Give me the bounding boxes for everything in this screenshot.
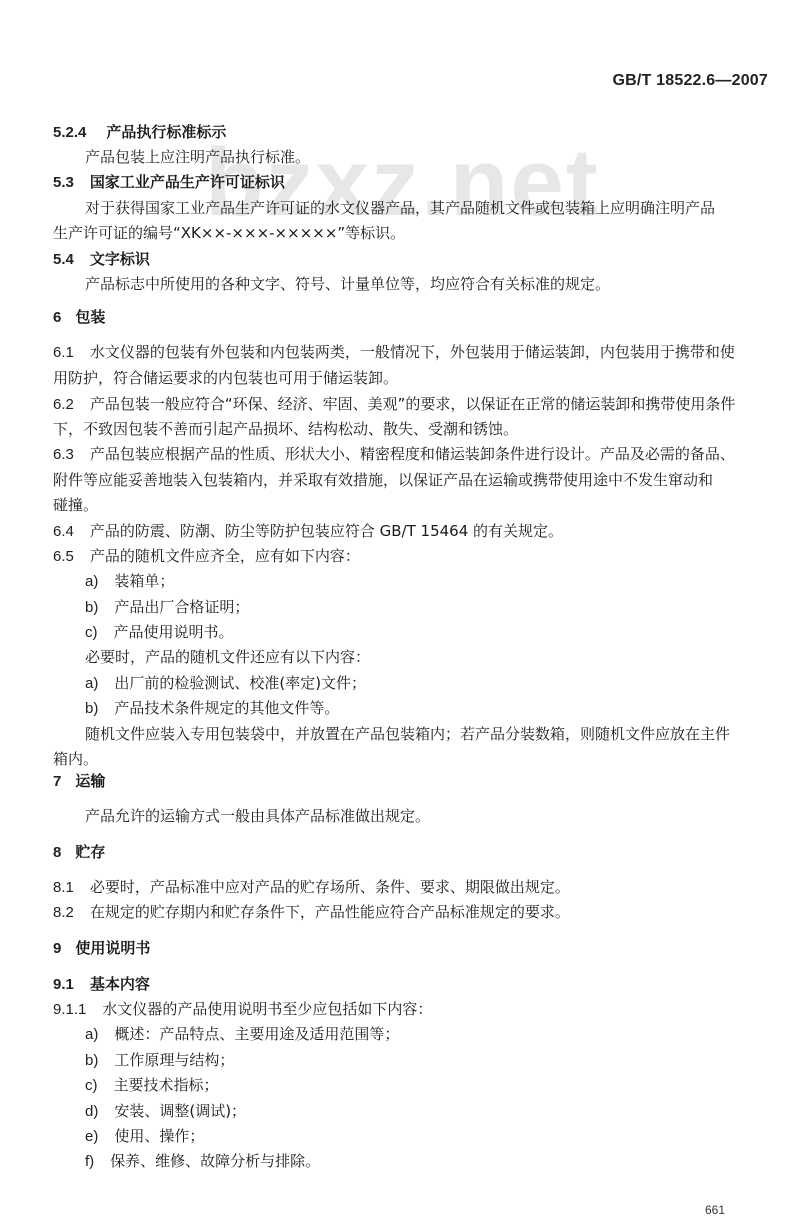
- clause-number: 9: [53, 939, 61, 959]
- paragraph-line: b)产品技术条件规定的其他文件等。: [85, 698, 339, 719]
- clause-number: 7: [53, 772, 61, 792]
- paragraph-line: 8.1必要时，产品标准中应对产品的贮存场所、条件、要求、期限做出规定。: [53, 877, 570, 898]
- clause-text: 装箱单；: [114, 572, 174, 590]
- clause-text: 运输: [75, 772, 105, 790]
- clause-text: 基本内容: [90, 975, 150, 993]
- clause-text: 在规定的贮存期内和贮存条件下，产品性能应符合产品标准规定的要求。: [90, 903, 570, 921]
- section-heading: 6包装: [53, 307, 105, 328]
- section-heading: 5.3国家工业产品生产许可证标识: [53, 172, 285, 193]
- paragraph-line: e)使用、操作；: [85, 1126, 204, 1147]
- paragraph-line: c)主要技术指标；: [85, 1075, 219, 1096]
- paragraph-line: 9.1.1水文仪器的产品使用说明书至少应包括如下内容：: [53, 999, 432, 1020]
- section-heading: 5.4文字标识: [53, 249, 150, 270]
- clause-text: 附件等应能妥善地装入包装箱内，并采取有效措施，以保证产品在运输或携带使用途中不发…: [53, 471, 713, 489]
- section-heading: 7运输: [53, 771, 105, 792]
- clause-text: 使用、操作；: [114, 1127, 204, 1145]
- clause-text: 必要时，产品的随机文件还应有以下内容：: [85, 648, 370, 666]
- clause-text: 产品的防震、防潮、防尘等防护包装应符合 GB/T 15464 的有关规定。: [90, 522, 563, 540]
- clause-text: 对于获得国家工业产品生产许可证的水文仪器产品，其产品随机文件或包装箱上应明确注明…: [85, 199, 715, 217]
- clause-number: a): [85, 674, 98, 694]
- clause-text: 主要技术指标；: [114, 1076, 219, 1094]
- clause-number: f): [85, 1152, 94, 1172]
- paragraph-line: 附件等应能妥善地装入包装箱内，并采取有效措施，以保证产品在运输或携带使用途中不发…: [53, 470, 713, 490]
- clause-text: 水文仪器的包装有外包装和内包装两类，一般情况下，外包装用于储运装卸，内包装用于携…: [90, 343, 735, 361]
- clause-number: 9.1.1: [53, 1000, 86, 1020]
- clause-text: 生产许可证的编号“XK××-×××-×××××”等标识。: [53, 224, 405, 242]
- paragraph-line: 用防护，符合储运要求的内包装也可用于储运装卸。: [53, 368, 398, 388]
- paragraph-line: d)安装、调整(调试)；: [85, 1101, 246, 1122]
- clause-number: a): [85, 1025, 98, 1045]
- clause-text: 出厂前的检验测试、校准(率定)文件；: [114, 674, 366, 692]
- clause-number: e): [85, 1127, 98, 1147]
- clause-text: 包装: [75, 308, 105, 326]
- clause-text: 产品执行标准标示: [106, 123, 226, 141]
- clause-number: d): [85, 1102, 98, 1122]
- clause-number: 6: [53, 308, 61, 328]
- clause-number: 9.1: [53, 975, 74, 995]
- paragraph-line: 6.3产品包装应根据产品的性质、形状大小、精密程度和储运装卸条件进行设计。产品及…: [53, 444, 735, 465]
- paragraph-line: a)装箱单；: [85, 571, 174, 592]
- clause-text: 贮存: [75, 843, 105, 861]
- clause-number: c): [85, 623, 98, 643]
- section-heading: 9使用说明书: [53, 938, 150, 959]
- clause-number: b): [85, 699, 98, 719]
- clause-text: 用防护，符合储运要求的内包装也可用于储运装卸。: [53, 369, 398, 387]
- clause-number: 6.1: [53, 343, 74, 363]
- section-heading: 5.2.4产品执行标准标示: [53, 122, 226, 143]
- clause-text: 产品出厂合格证明；: [114, 598, 249, 616]
- paragraph-line: 随机文件应装入专用包装袋中，并放置在产品包装箱内；若产品分装数箱，则随机文件应放…: [85, 724, 730, 744]
- clause-text: 下，不致因包装不善而引起产品损坏、结构松动、散失、受潮和锈蚀。: [53, 420, 518, 438]
- paragraph-line: 6.5产品的随机文件应齐全，应有如下内容：: [53, 546, 360, 567]
- paragraph-line: 6.2产品包装一般应符合“环保、经济、牢固、美观”的要求，以保证在正常的储运装卸…: [53, 394, 735, 415]
- clause-number: b): [85, 598, 98, 618]
- clause-number: 8.1: [53, 878, 74, 898]
- clause-number: 6.5: [53, 547, 74, 567]
- clause-text: 必要时，产品标准中应对产品的贮存场所、条件、要求、期限做出规定。: [90, 878, 570, 896]
- section-heading: 8贮存: [53, 842, 105, 863]
- clause-text: 概述：产品特点、主要用途及适用范围等；: [114, 1025, 399, 1043]
- clause-text: 使用说明书: [75, 939, 150, 957]
- clause-text: 产品技术条件规定的其他文件等。: [114, 699, 339, 717]
- section-heading: 9.1基本内容: [53, 974, 150, 995]
- clause-text: 产品包装应根据产品的性质、形状大小、精密程度和储运装卸条件进行设计。产品及必需的…: [90, 445, 735, 463]
- paragraph-line: a)出厂前的检验测试、校准(率定)文件；: [85, 673, 366, 694]
- paragraph-line: 必要时，产品的随机文件还应有以下内容：: [85, 647, 370, 667]
- standard-code-header: GB/T 18522.6—2007: [613, 72, 769, 90]
- paragraph-line: 对于获得国家工业产品生产许可证的水文仪器产品，其产品随机文件或包装箱上应明确注明…: [85, 198, 715, 218]
- paragraph-line: 箱内。: [53, 749, 98, 769]
- clause-text: 产品使用说明书。: [114, 623, 234, 641]
- clause-text: 工作原理与结构；: [114, 1051, 234, 1069]
- clause-text: 产品标志中所使用的各种文字、符号、计量单位等，均应符合有关标准的规定。: [85, 275, 610, 293]
- paragraph-line: c)产品使用说明书。: [85, 622, 234, 643]
- clause-number: 5.3: [53, 173, 74, 193]
- clause-text: 保养、维修、故障分析与排除。: [110, 1152, 320, 1170]
- clause-text: 产品包装一般应符合“环保、经济、牢固、美观”的要求，以保证在正常的储运装卸和携带…: [90, 395, 736, 413]
- clause-number: c): [85, 1076, 98, 1096]
- clause-text: 产品包装上应注明产品执行标准。: [85, 148, 310, 166]
- paragraph-line: 6.1水文仪器的包装有外包装和内包装两类，一般情况下，外包装用于储运装卸，内包装…: [53, 342, 735, 363]
- paragraph-line: 碰撞。: [53, 495, 98, 515]
- clause-text: 国家工业产品生产许可证标识: [90, 173, 285, 191]
- page-number: 661: [705, 1203, 725, 1217]
- clause-text: 箱内。: [53, 750, 98, 768]
- clause-number: 5.4: [53, 250, 74, 270]
- clause-number: 6.2: [53, 395, 74, 415]
- paragraph-line: a)概述：产品特点、主要用途及适用范围等；: [85, 1024, 399, 1045]
- paragraph-line: 产品允许的运输方式一般由具体产品标准做出规定。: [85, 806, 430, 826]
- document-page: GB/T 18522.6—2007 bzxz.net 5.2.4产品执行标准标示…: [0, 0, 800, 1223]
- clause-text: 产品允许的运输方式一般由具体产品标准做出规定。: [85, 807, 430, 825]
- clause-number: 8: [53, 843, 61, 863]
- clause-number: 6.3: [53, 445, 74, 465]
- clause-number: a): [85, 572, 98, 592]
- clause-text: 水文仪器的产品使用说明书至少应包括如下内容：: [102, 1000, 432, 1018]
- clause-text: 产品的随机文件应齐全，应有如下内容：: [90, 547, 360, 565]
- paragraph-line: f)保养、维修、故障分析与排除。: [85, 1151, 320, 1172]
- clause-number: 8.2: [53, 903, 74, 923]
- paragraph-line: b)工作原理与结构；: [85, 1050, 234, 1071]
- clause-number: b): [85, 1051, 98, 1071]
- paragraph-line: 下，不致因包装不善而引起产品损坏、结构松动、散失、受潮和锈蚀。: [53, 419, 518, 439]
- clause-text: 安装、调整(调试)；: [114, 1102, 246, 1120]
- paragraph-line: 产品标志中所使用的各种文字、符号、计量单位等，均应符合有关标准的规定。: [85, 274, 610, 294]
- clause-text: 文字标识: [90, 250, 150, 268]
- clause-number: 6.4: [53, 522, 74, 542]
- clause-text: 随机文件应装入专用包装袋中，并放置在产品包装箱内；若产品分装数箱，则随机文件应放…: [85, 725, 730, 743]
- paragraph-line: 生产许可证的编号“XK××-×××-×××××”等标识。: [53, 223, 405, 243]
- paragraph-line: b)产品出厂合格证明；: [85, 597, 249, 618]
- clause-text: 碰撞。: [53, 496, 98, 514]
- paragraph-line: 8.2在规定的贮存期内和贮存条件下，产品性能应符合产品标准规定的要求。: [53, 902, 570, 923]
- paragraph-line: 6.4产品的防震、防潮、防尘等防护包装应符合 GB/T 15464 的有关规定。: [53, 521, 563, 542]
- clause-number: 5.2.4: [53, 123, 86, 143]
- paragraph-line: 产品包装上应注明产品执行标准。: [85, 147, 310, 167]
